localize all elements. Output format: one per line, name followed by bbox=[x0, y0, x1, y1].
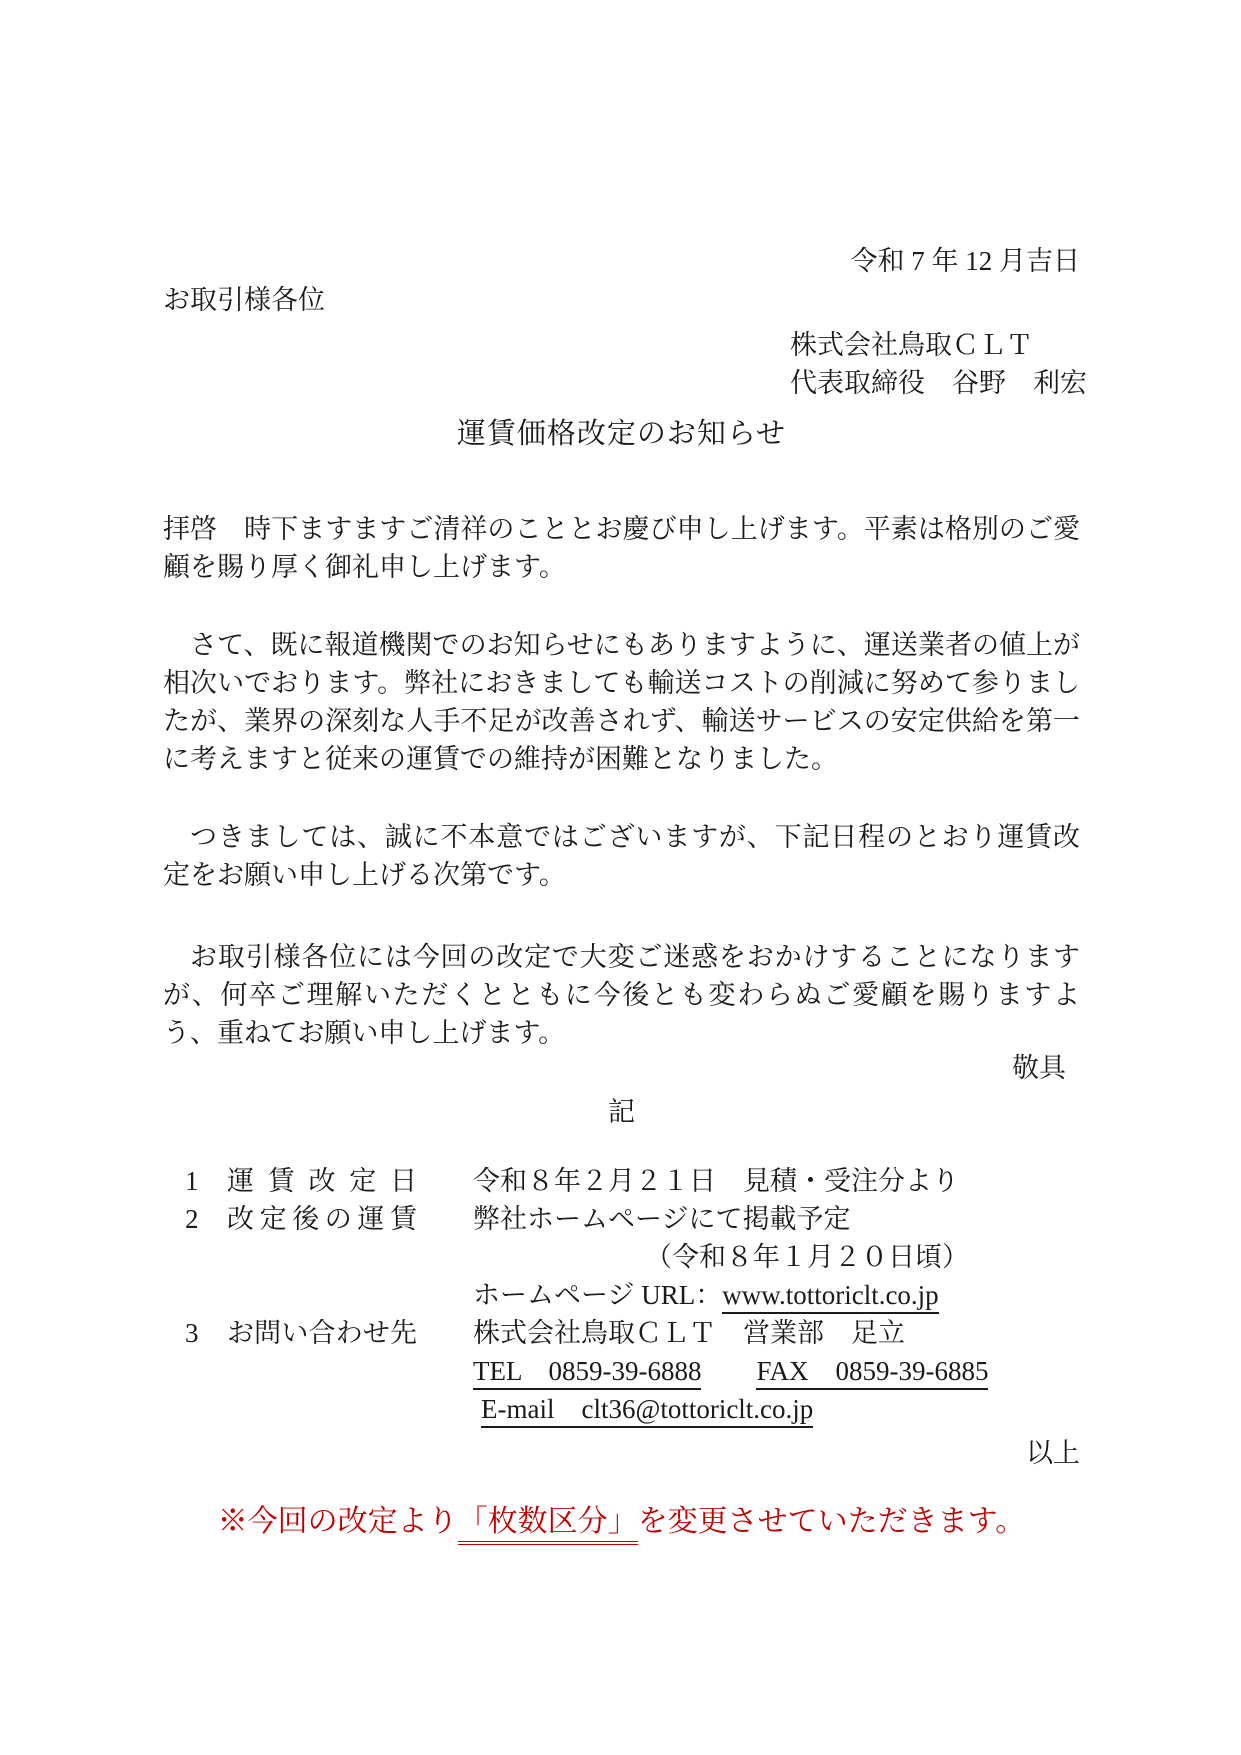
notice-text: ※今回の改定より「枚数区分」を変更させていただきます。 bbox=[163, 1500, 1080, 1544]
notice-highlight: 「枚数区分」 bbox=[458, 1505, 638, 1545]
item-number: 2 bbox=[185, 1200, 227, 1238]
tel-number: TEL 0859-39-6888 bbox=[473, 1356, 701, 1390]
notice-suffix: を変更させていただきます。 bbox=[638, 1505, 1026, 1538]
item-label-revision-date: 運賃改定日 bbox=[227, 1162, 417, 1200]
list-item-contact: 3 お問い合わせ先 株式会社鳥取ＣＬＴ 営業部 足立 bbox=[163, 1314, 1080, 1352]
notice-prefix: ※今回の改定より bbox=[218, 1505, 458, 1538]
letter-page: 令和 7 年 12 月吉日 お取引様各位 株式会社鳥取ＣＬＴ 代表取締役 谷野 … bbox=[0, 0, 1241, 1755]
email-line: E-mail clt36@tottoriclt.co.jp bbox=[481, 1390, 1080, 1428]
body-paragraph-apology: お取引様各位には今回の改定で大変ご迷惑をおかけすることになりますが、何卒ご理解い… bbox=[163, 938, 1080, 1052]
item-value-revision-date: 令和８年２月２１日 見積・受注分より bbox=[473, 1162, 959, 1200]
item-value-contact: 株式会社鳥取ＣＬＴ 営業部 足立 bbox=[473, 1314, 905, 1352]
sender-company: 株式会社鳥取ＣＬＴ bbox=[790, 326, 1080, 364]
item-number: 1 bbox=[185, 1162, 227, 1200]
email-address[interactable]: E-mail clt36@tottoriclt.co.jp bbox=[481, 1394, 813, 1428]
sender-representative: 代表取締役 谷野 利宏 bbox=[790, 364, 1080, 402]
fax-number: FAX 0859-39-6885 bbox=[756, 1356, 988, 1390]
item-number: 3 bbox=[185, 1314, 227, 1352]
homepage-line: ホームページ URL：www.tottoriclt.co.jp bbox=[473, 1276, 1080, 1314]
list-item-new-rates: 2 改定後の運賃 弊社ホームページにて掲載予定 bbox=[163, 1200, 1080, 1238]
homepage-url-link[interactable]: www.tottoriclt.co.jp bbox=[722, 1280, 938, 1314]
recipient-line: お取引様各位 bbox=[163, 284, 1080, 316]
new-rates-date-note: （令和８年１月２０日頃） bbox=[645, 1238, 1080, 1276]
letter-date: 令和 7 年 12 月吉日 bbox=[163, 246, 1080, 276]
item-value-new-rates: 弊社ホームページにて掲載予定 bbox=[473, 1200, 850, 1238]
item-label-new-rates: 改定後の運賃 bbox=[227, 1200, 417, 1238]
body-paragraph-background: さて、既に報道機関でのお知らせにもありますように、運送業者の値上が相次いでおりま… bbox=[163, 626, 1080, 778]
sender-block: 株式会社鳥取ＣＬＴ 代表取締役 谷野 利宏 bbox=[790, 326, 1080, 402]
letter-title: 運賃価格改定のお知らせ bbox=[163, 416, 1080, 452]
list-item-revision-date: 1 運賃改定日 令和８年２月２１日 見積・受注分より bbox=[163, 1162, 1080, 1200]
tel-fax-line: TEL 0859-39-6888FAX 0859-39-6885 bbox=[473, 1352, 1080, 1390]
details-list: 1 運賃改定日 令和８年２月２１日 見積・受注分より 2 改定後の運賃 弊社ホー… bbox=[163, 1162, 1080, 1428]
homepage-url-prefix: ホームページ URL： bbox=[473, 1280, 722, 1310]
closing-keigu: 敬具 bbox=[163, 1052, 1080, 1084]
body-paragraph-request: つきましては、誠に不本意ではございますが、下記日程のとおり運賃改定をお願い申し上… bbox=[163, 818, 1080, 894]
end-marker: 以上 bbox=[163, 1434, 1080, 1472]
body-paragraph-greeting: 拝啓 時下ますますご清祥のこととお慶び申し上げます。平素は格別のご愛顧を賜り厚く… bbox=[163, 510, 1080, 586]
record-marker: 記 bbox=[163, 1096, 1080, 1128]
item-label-contact: お問い合わせ先 bbox=[227, 1314, 417, 1352]
